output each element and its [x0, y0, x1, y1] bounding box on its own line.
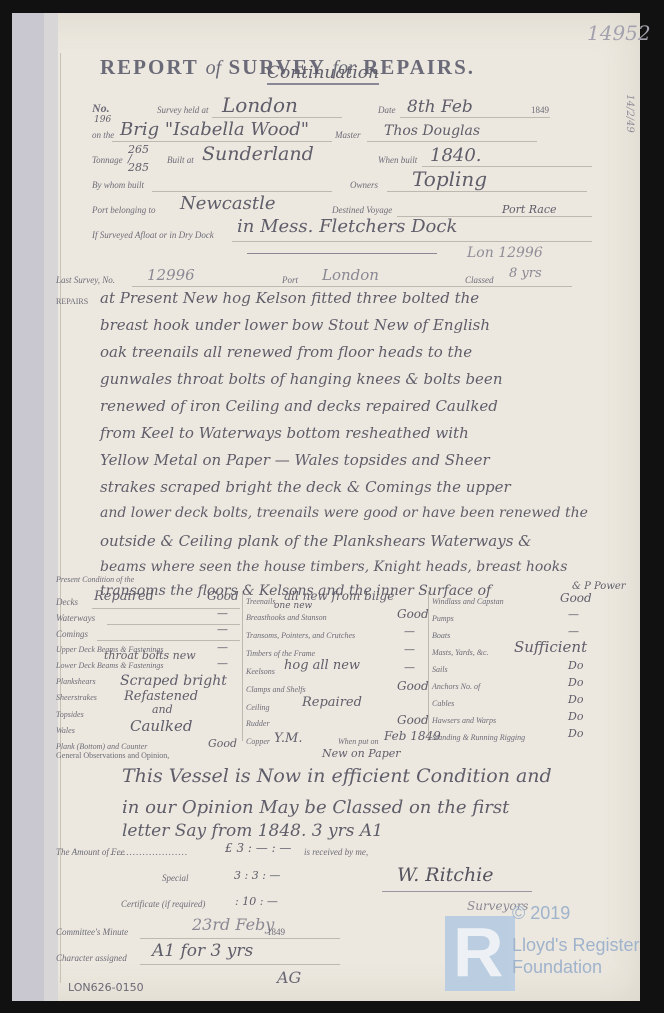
- when-built-value: 1840.: [430, 145, 482, 166]
- certificate-label: Certificate (if required): [121, 899, 205, 909]
- condition-value: Do: [568, 710, 583, 723]
- dock-label: If Surveyed Afloat or in Dry Dock: [92, 230, 214, 240]
- special-label: Special: [162, 873, 189, 883]
- by-whom-label: By whom built: [92, 180, 144, 190]
- condition-label: Decks: [56, 597, 78, 607]
- condition-value: Caulked: [130, 717, 192, 735]
- classed-label: Classed: [465, 275, 494, 285]
- last-survey-value: 12996: [147, 266, 195, 284]
- repairs-line: breast hook under lower bow Stout New of…: [100, 316, 490, 334]
- condition-value: Do: [568, 659, 583, 672]
- catalog-id: LON626-0150: [68, 981, 144, 994]
- condition-label: Copper: [246, 737, 270, 746]
- owners-label: Owners: [350, 180, 378, 190]
- condition-value: and: [152, 703, 173, 716]
- condition-label: Sheerstrakes: [56, 693, 97, 702]
- condition-heading: Present Condition of the: [56, 575, 134, 584]
- condition-status: —: [217, 623, 228, 636]
- watermark-line1: Lloyd's Register: [512, 935, 640, 956]
- port-label: Port: [282, 275, 298, 285]
- when-put-on-label: When put on: [338, 737, 378, 746]
- repairs-label: REPAIRS: [56, 297, 88, 306]
- condition-status: —: [217, 657, 228, 670]
- fee-received-label: is received by me,: [304, 847, 368, 857]
- repairs-line: outside & Ceiling plank of the Plankshea…: [100, 532, 532, 550]
- fee-value: £ 3 : — : —: [225, 841, 291, 855]
- binding-stub: [12, 13, 48, 1001]
- condition-value: Do: [568, 727, 583, 740]
- character-label: Character assigned: [56, 953, 127, 963]
- repairs-line: and lower deck bolts, treenails were goo…: [100, 505, 588, 521]
- condition-label: Plankshears: [56, 677, 96, 686]
- repairs-line: at Present New hog Kelson fitted three b…: [100, 289, 479, 307]
- condition-value: Y.M.: [274, 731, 302, 746]
- repairs-line: oak treenails all renewed from floor hea…: [100, 343, 472, 361]
- condition-value: —: [568, 608, 579, 621]
- minute-value: 23rd Feby: [192, 915, 274, 934]
- condition-status: —: [404, 625, 415, 638]
- master-label: Master: [335, 130, 361, 140]
- condition-label: Topsides: [56, 710, 84, 719]
- register-number: 14952: [587, 21, 651, 45]
- margin-rule: [60, 53, 61, 983]
- lloyds-register-logo-icon: R: [445, 916, 515, 991]
- condition-status: —: [217, 641, 228, 654]
- vessel-name: Brig "Isabella Wood": [120, 119, 309, 140]
- character-value: A1 for 3 yrs: [152, 941, 253, 961]
- condition-label: Keelsons: [246, 667, 275, 676]
- condition-value: Repaired: [302, 695, 362, 710]
- side-note: 14/2/49: [624, 94, 635, 133]
- repairs-line: gunwales throat bolts of hanging knees &…: [100, 370, 502, 388]
- condition-value: Refastened: [124, 689, 198, 704]
- condition-value: Good: [560, 591, 592, 605]
- observation-line: letter Say from 1848. 3 yrs A1: [122, 821, 383, 841]
- condition-status: Good: [397, 679, 429, 693]
- condition-status: —: [404, 643, 415, 656]
- built-at-label: Built at: [167, 155, 194, 165]
- condition-label: Sails: [432, 665, 448, 674]
- port-value: London: [322, 266, 379, 284]
- lon-note: Lon 12996: [467, 245, 543, 261]
- tonnage-label: Tonnage: [92, 155, 123, 165]
- master-value: Thos Douglas: [384, 123, 480, 139]
- committee-initials: AG: [277, 968, 301, 987]
- date-label: Date: [378, 105, 396, 115]
- condition-label: Clamps and Shelfs: [246, 685, 306, 694]
- condition-label: Pumps: [432, 614, 454, 623]
- condition-value: Sufficient: [514, 638, 587, 656]
- condition-label: Standing & Running Rigging: [432, 733, 525, 742]
- condition-label: Wales: [56, 726, 75, 735]
- no-label: No.: [92, 101, 110, 116]
- condition-label: Transoms, Pointers, and Crutches: [246, 631, 355, 640]
- classed-value: 8 yrs: [509, 266, 542, 281]
- watermark-copyright: © 2019: [512, 903, 570, 924]
- condition-label: Timbers of the Frame: [246, 649, 315, 658]
- condition-value: one new: [274, 601, 312, 611]
- condition-label: Treenails: [246, 597, 275, 606]
- condition-value: Do: [568, 676, 583, 689]
- condition-label: Masts, Yards, &c.: [432, 648, 489, 657]
- minute-year: 1849: [267, 927, 285, 937]
- observation-line: This Vessel is Now in efficient Conditio…: [122, 765, 552, 787]
- condition-value: Do: [568, 693, 583, 706]
- repairs-line: strakes scraped bright the deck & Coming…: [100, 478, 511, 496]
- dock-value: in Mess. Fletchers Dock: [237, 216, 457, 237]
- observations-label: General Observations and Opinion,: [56, 751, 169, 760]
- condition-label: Boats: [432, 631, 450, 640]
- repairs-line: beams where seen the house timbers, Knig…: [100, 559, 567, 575]
- subtitle-continuation: Continuation: [267, 63, 379, 85]
- when-put-on-note: New on Paper: [322, 747, 401, 760]
- condition-value: hog all new: [284, 658, 360, 673]
- survey-document: REPORT of SURVEY for REPAIRS. Continuati…: [12, 13, 640, 1001]
- condition-value: Scraped bright: [120, 673, 227, 689]
- built-at-value: Sunderland: [202, 143, 314, 165]
- condition-label: Windlass and Capstan: [432, 597, 504, 606]
- condition-label: Lower Deck Beams & Fastenings: [56, 661, 164, 670]
- condition-status: Good: [397, 607, 429, 621]
- port-belonging-label: Port belonging to: [92, 205, 156, 215]
- condition-status: Good: [208, 737, 237, 750]
- date-value: 8th Feb: [407, 97, 473, 117]
- condition-label: Cables: [432, 699, 454, 708]
- condition-value: —: [568, 625, 579, 638]
- condition-label: Anchors No. of: [432, 682, 480, 691]
- minute-label: Committee's Minute: [56, 927, 128, 937]
- on-the-label: on the: [92, 130, 114, 140]
- condition-status: Good: [397, 713, 429, 727]
- condition-status: Good: [207, 589, 239, 603]
- condition-label: Rudder: [246, 719, 270, 728]
- condition-label: Hawsers and Warps: [432, 716, 496, 725]
- tonnage-value: 265 / 285: [128, 145, 156, 172]
- survey-held-value: London: [222, 93, 298, 117]
- voyage-value: Port Race: [502, 203, 557, 216]
- survey-held-label: Survey held at: [157, 105, 208, 115]
- condition-label: Breasthooks and Stanson: [246, 613, 327, 622]
- watermark-line2: Foundation: [512, 957, 602, 978]
- owners-value: Topling: [412, 167, 487, 191]
- voyage-label: Destined Voyage: [332, 205, 392, 215]
- when-built-label: When built: [378, 155, 417, 165]
- repairs-line: renewed of iron Ceiling and decks repair…: [100, 397, 498, 415]
- condition-status: —: [217, 607, 228, 620]
- no-value: 196: [94, 115, 111, 125]
- date-year: 1849: [531, 105, 549, 115]
- repairs-line: Yellow Metal on Paper — Wales topsides a…: [100, 451, 490, 469]
- condition-label: Comings: [56, 629, 88, 639]
- condition-value: Repaired: [94, 589, 154, 604]
- special-value: 3 : 3 : —: [234, 869, 280, 882]
- last-survey-label: Last Survey, No.: [56, 275, 115, 285]
- observation-line: in our Opinion May be Classed on the fir…: [122, 797, 509, 818]
- surveyor-signature: W. Ritchie: [397, 864, 494, 886]
- port-belonging-value: Newcastle: [180, 193, 276, 214]
- certificate-value: : 10 : —: [235, 895, 278, 908]
- condition-status: —: [404, 661, 415, 674]
- condition-label: Plank (Bottom) and Counter: [56, 742, 147, 751]
- condition-label: Waterways: [56, 613, 95, 623]
- repairs-line: from Keel to Waterways bottom resheathed…: [100, 424, 469, 442]
- condition-label: Ceiling: [246, 703, 270, 712]
